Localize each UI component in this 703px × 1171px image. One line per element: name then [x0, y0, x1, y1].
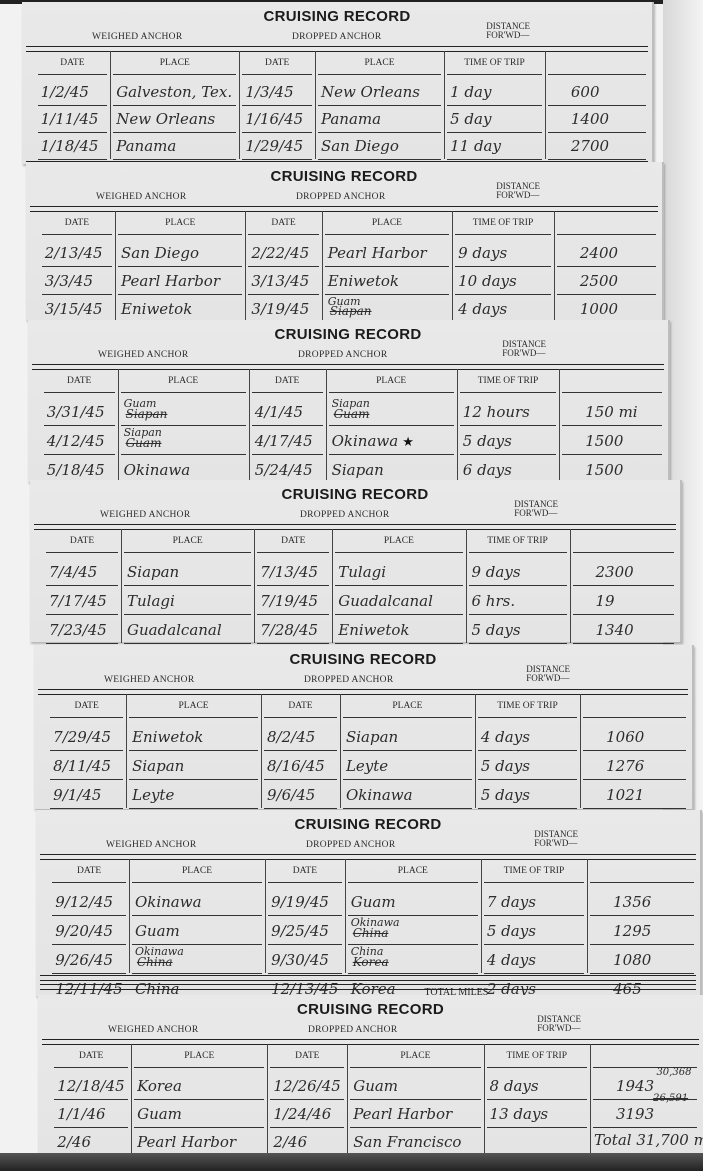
row-line — [583, 808, 686, 809]
row-line — [264, 808, 337, 809]
header-underline — [134, 1067, 264, 1068]
cell-distance: 1295 — [613, 922, 651, 940]
cell-w-date: 3/31/45 — [47, 403, 105, 421]
row-line — [343, 779, 472, 780]
cell-w-date: 12/18/45 — [57, 1077, 124, 1095]
cell-d-date: 1/16/45 — [245, 110, 303, 128]
cruising-record-card: CRUISING RECORDWEIGHED ANCHORDROPPED ANC… — [22, 2, 654, 164]
row-line — [590, 973, 694, 974]
cell-d-place: Panama — [321, 110, 381, 128]
cell-distance: 2400 — [580, 244, 618, 262]
cruising-record-card: CRUISING RECORDWEIGHED ANCHORDROPPED ANC… — [36, 810, 702, 996]
col-header-date: DATE — [41, 376, 118, 386]
row-line — [484, 973, 584, 974]
col-header-date: DATE — [245, 218, 321, 228]
column-divider — [580, 694, 581, 808]
header-double-rule — [30, 206, 658, 212]
cruising-record-card: CRUISING RECORDWEIGHED ANCHORDROPPED ANC… — [26, 162, 664, 320]
dropped-anchor-header: DROPPED ANCHOR — [300, 510, 389, 520]
cell-d-place: San Francisco — [353, 1133, 461, 1151]
row-line — [469, 614, 567, 615]
cell-w-place: Guam — [137, 1105, 182, 1123]
cell-distance: 150 mi — [585, 403, 637, 421]
cell-time: 12 hours — [463, 403, 530, 421]
row-line — [573, 585, 674, 586]
cell-distance: 1276 — [606, 757, 644, 775]
header-underline — [124, 552, 251, 553]
cell-distance: 1943 — [616, 1077, 654, 1095]
row-line — [478, 779, 577, 780]
header-underline — [573, 552, 674, 553]
cell-d-date: 5/24/45 — [255, 461, 313, 479]
row-line — [52, 944, 126, 945]
column-divider — [457, 369, 458, 483]
cell-distance: 2300 — [596, 563, 634, 581]
col-header-date: DATE — [51, 1051, 131, 1061]
column-divider — [126, 694, 127, 808]
row-line — [478, 750, 577, 751]
cell-d-place: Siapan — [346, 728, 398, 746]
cell-w-date: 9/20/45 — [55, 922, 113, 940]
cell-w-place: Okinawa — [135, 893, 202, 911]
distance-forward-header: DISTANCEFOR'WD— — [496, 182, 540, 200]
row-line — [121, 454, 246, 455]
cell-w-place: Okinawa — [124, 461, 191, 479]
column-divider — [481, 859, 482, 973]
cell-d-place: Guam — [351, 893, 396, 911]
row-line — [44, 454, 115, 455]
cell-d-date: 7/13/45 — [260, 563, 318, 581]
row-line — [447, 105, 542, 106]
row-line — [124, 643, 251, 644]
cell-w-place: Siapan — [132, 757, 184, 775]
row-line — [329, 454, 454, 455]
cell-w-date: 9/26/45 — [55, 951, 113, 969]
weighed-anchor-header: WEIGHED ANCHOR — [108, 1025, 198, 1035]
dropped-anchor-header: DROPPED ANCHOR — [304, 675, 393, 685]
row-line — [50, 750, 123, 751]
cell-d-date: 2/22/45 — [251, 244, 309, 262]
cell-w-date: 7/17/45 — [49, 592, 107, 610]
column-divider — [115, 211, 116, 322]
col-header-time-of-trip: TIME OF TRIP — [444, 58, 545, 68]
struck-d-place: Korea — [353, 955, 389, 969]
cell-time: 9 days — [472, 563, 521, 581]
row-line — [455, 266, 551, 267]
cell-d-date: 3/13/45 — [251, 272, 309, 290]
column-divider — [332, 529, 333, 643]
row-line — [52, 915, 126, 916]
dropped-anchor-header: DROPPED ANCHOR — [298, 350, 387, 360]
row-line — [590, 944, 694, 945]
header-underline — [264, 717, 337, 718]
row-line — [557, 266, 656, 267]
col-header-place: PLACE — [131, 1051, 267, 1061]
row-line — [573, 643, 674, 644]
header-underline — [478, 717, 577, 718]
row-line — [38, 159, 108, 160]
row-line — [257, 614, 329, 615]
header-underline — [42, 234, 112, 235]
weighed-anchor-header: WEIGHED ANCHOR — [104, 675, 194, 685]
col-header-date: DATE — [43, 536, 121, 546]
row-line — [455, 294, 551, 295]
row-line — [548, 132, 646, 133]
row-line — [50, 808, 123, 809]
row-line — [248, 266, 318, 267]
row-line — [487, 1127, 587, 1128]
row-line — [129, 808, 258, 809]
cell-d-place: Eniwetok — [328, 272, 399, 290]
col-header-place: PLACE — [340, 701, 475, 711]
cell-w-date: 2/13/45 — [45, 244, 103, 262]
header-underline — [50, 717, 123, 718]
cell-d-date: 7/19/45 — [260, 592, 318, 610]
header-double-rule — [38, 689, 688, 695]
cell-d-place: Okinawa — [346, 786, 413, 804]
cell-w-date: 3/15/45 — [45, 300, 103, 318]
header-double-rule — [26, 46, 648, 52]
column-divider — [129, 859, 130, 973]
header-double-rule — [40, 854, 696, 860]
row-line — [478, 808, 577, 809]
cell-w-place: Eniwetok — [121, 300, 192, 318]
column-divider — [131, 1044, 132, 1155]
cell-distance: 1356 — [613, 893, 651, 911]
cell-d-place: Siapan — [332, 461, 384, 479]
row-line — [242, 159, 312, 160]
row-line — [318, 105, 441, 106]
row-line — [257, 585, 329, 586]
cruising-record-card: CRUISING RECORDWEIGHED ANCHORDROPPED ANC… — [30, 480, 682, 642]
cell-distance: 19 — [596, 592, 615, 610]
cell-distance: 1400 — [571, 110, 609, 128]
col-header-date: DATE — [35, 58, 111, 68]
column-divider — [315, 51, 316, 159]
cell-d-place: New Orleans — [321, 83, 420, 101]
cell-time: 5 days — [472, 621, 521, 639]
struck-d-place: Siapan — [330, 304, 372, 318]
row-line — [129, 750, 258, 751]
cell-distance: 1021 — [606, 786, 644, 804]
cell-d-place: Leyte — [346, 757, 388, 775]
cell-w-date: 4/12/45 — [47, 432, 105, 450]
cell-d-date: 9/6/45 — [267, 786, 315, 804]
row-line — [270, 1127, 344, 1128]
row-line — [129, 779, 258, 780]
card-title: CRUISING RECORD — [22, 8, 652, 25]
cell-time: 9 days — [458, 244, 507, 262]
cell-distance: 1080 — [613, 951, 651, 969]
distance-forward-header: DISTANCEFOR'WD— — [514, 500, 558, 518]
header-underline — [335, 552, 462, 553]
col-header-date: DATE — [39, 218, 115, 228]
header-underline — [132, 882, 262, 883]
column-divider — [239, 51, 240, 159]
cell-d-place: Okinawa ★ — [332, 432, 414, 450]
cell-d-place: Guadalcanal — [338, 592, 433, 610]
row-line — [343, 750, 472, 751]
column-divider — [340, 694, 341, 808]
cell-w-date: 9/1/45 — [53, 786, 101, 804]
col-header-time-of-trip: TIME OF TRIP — [484, 1051, 590, 1061]
cell-d-date: 1/29/45 — [245, 137, 303, 155]
row-line — [248, 294, 318, 295]
cell-w-date: 1/1/46 — [57, 1105, 105, 1123]
card-title: CRUISING RECORD — [34, 651, 692, 668]
cell-w-date: 9/12/45 — [55, 893, 113, 911]
column-divider — [475, 694, 476, 808]
row-line — [487, 1099, 587, 1100]
column-divider — [559, 369, 560, 483]
cell-w-date: 7/23/45 — [49, 621, 107, 639]
distance-forward-header: DISTANCEFOR'WD— — [502, 340, 546, 358]
header-underline — [455, 234, 551, 235]
cell-w-place: San Diego — [121, 244, 199, 262]
header-underline — [270, 1067, 344, 1068]
cell-d-date: 2/46 — [273, 1133, 307, 1151]
header-underline — [484, 882, 584, 883]
distance-line2: FOR'WD— — [496, 191, 540, 200]
header-underline — [248, 234, 318, 235]
row-line — [118, 294, 242, 295]
weighed-anchor-header: WEIGHED ANCHOR — [106, 840, 196, 850]
col-header-place: PLACE — [118, 376, 249, 386]
column-divider — [452, 211, 453, 322]
distance-line2: FOR'WD— — [514, 509, 558, 518]
col-header-time-of-trip: TIME OF TRIP — [452, 218, 554, 228]
cell-distance: 1500 — [585, 432, 623, 450]
card-title: CRUISING RECORD — [38, 1001, 703, 1018]
cell-distance: 2500 — [580, 272, 618, 290]
header-underline — [343, 717, 472, 718]
header-underline — [318, 74, 441, 75]
col-header-date: DATE — [47, 701, 126, 711]
struck-w-place: China — [137, 955, 173, 969]
distance-line2: FOR'WD— — [537, 1024, 581, 1033]
cell-w-place: Eniwetok — [132, 728, 203, 746]
col-header-date: DATE — [265, 866, 345, 876]
column-divider — [444, 51, 445, 159]
cell-w-place: Korea — [137, 1077, 182, 1095]
column-divider — [466, 529, 467, 643]
cell-distance: 600 — [571, 83, 600, 101]
row-line — [113, 105, 236, 106]
row-line — [52, 973, 126, 974]
row-line — [50, 779, 123, 780]
row-line — [124, 585, 251, 586]
row-line — [562, 425, 662, 426]
col-header-place: PLACE — [121, 536, 254, 546]
cell-d-date: 3/19/45 — [251, 300, 309, 318]
row-line — [348, 973, 478, 974]
cell-w-place: Siapan — [127, 563, 179, 581]
cell-time: 5 days — [481, 786, 530, 804]
star-mark-icon: ★ — [398, 435, 414, 450]
col-header-place: PLACE — [315, 58, 444, 68]
row-line — [557, 294, 656, 295]
cell-d-date: 8/2/45 — [267, 728, 315, 746]
cell-w-place: Guam — [135, 922, 180, 940]
distance-forward-header: DISTANCEFOR'WD— — [534, 830, 578, 848]
header-underline — [257, 552, 329, 553]
header-underline — [46, 552, 118, 553]
cell-time: 5 day — [450, 110, 491, 128]
cell-d-place: Guam — [353, 1077, 398, 1095]
cell-distance: 1500 — [585, 461, 623, 479]
cell-d-place: Pearl Harbor — [328, 244, 427, 262]
col-header-time-of-trip: TIME OF TRIP — [466, 536, 570, 546]
distance-line2: FOR'WD— — [526, 674, 570, 683]
row-line — [252, 454, 323, 455]
cell-w-date: 2/46 — [57, 1133, 91, 1151]
header-underline — [118, 234, 242, 235]
header-underline — [54, 1067, 128, 1068]
cell-distance: 2700 — [571, 137, 609, 155]
row-line — [573, 614, 674, 615]
row-line — [264, 750, 337, 751]
cell-d-date: 4/1/45 — [255, 403, 303, 421]
cell-d-date: 8/16/45 — [267, 757, 325, 775]
row-line — [548, 105, 646, 106]
header-underline — [252, 392, 323, 393]
row-line — [318, 132, 441, 133]
cell-w-date: 1/2/45 — [41, 83, 89, 101]
header-underline — [268, 882, 342, 883]
distance-forward-header: DISTANCEFOR'WD— — [537, 1015, 581, 1033]
weighed-anchor-header: WEIGHED ANCHOR — [98, 350, 188, 360]
row-line — [252, 425, 323, 426]
column-divider — [322, 211, 323, 322]
cell-w-place: Pearl Harbor — [121, 272, 220, 290]
row-line — [329, 425, 454, 426]
col-header-time-of-trip: TIME OF TRIP — [457, 376, 559, 386]
cell-d-date: 4/17/45 — [255, 432, 313, 450]
header-underline — [52, 882, 126, 883]
row-line — [469, 585, 567, 586]
cell-d-place: Tulagi — [338, 563, 386, 581]
row-line — [548, 159, 646, 160]
header-underline — [348, 882, 478, 883]
column-divider — [587, 859, 588, 973]
cell-d-date: 9/30/45 — [271, 951, 329, 969]
weighed-anchor-header: WEIGHED ANCHOR — [92, 32, 182, 42]
cell-w-date: 1/18/45 — [41, 137, 99, 155]
row-line — [42, 266, 112, 267]
row-line — [113, 159, 236, 160]
cell-w-date: 8/11/45 — [53, 757, 111, 775]
header-underline — [469, 552, 567, 553]
header-underline — [38, 74, 108, 75]
cell-time: 4 days — [458, 300, 507, 318]
cell-d-date: 12/26/45 — [273, 1077, 340, 1095]
row-line — [335, 585, 462, 586]
header-double-rule — [32, 364, 664, 370]
cell-distance: 3193 — [616, 1105, 654, 1123]
header-underline — [557, 234, 656, 235]
header-underline — [350, 1067, 480, 1068]
row-line — [46, 585, 118, 586]
footer-double-rule — [40, 975, 696, 981]
footer-double-rule — [40, 984, 696, 990]
margin-note-struck: 26,591 — [653, 1093, 688, 1104]
column-divider — [345, 859, 346, 973]
cell-d-place: Pearl Harbor — [353, 1105, 452, 1123]
col-header-place: PLACE — [322, 218, 452, 228]
row-line — [124, 614, 251, 615]
row-line — [335, 643, 462, 644]
column-divider — [267, 1044, 268, 1155]
cell-w-date: 1/11/45 — [41, 110, 99, 128]
cell-d-date: 1/3/45 — [245, 83, 293, 101]
cell-w-place: Tulagi — [127, 592, 175, 610]
col-header-date: DATE — [49, 866, 129, 876]
column-divider — [249, 369, 250, 483]
row-line — [270, 1099, 344, 1100]
cell-w-date: 7/29/45 — [53, 728, 111, 746]
row-line — [132, 915, 262, 916]
header-underline — [242, 74, 312, 75]
col-header-date: DATE — [261, 701, 340, 711]
header-underline — [121, 392, 246, 393]
row-line — [460, 454, 556, 455]
cell-time: 5 days — [487, 922, 536, 940]
column-divider — [121, 529, 122, 643]
col-header-date: DATE — [254, 536, 332, 546]
column-divider — [254, 529, 255, 643]
column-divider — [554, 211, 555, 322]
cell-time: 13 days — [490, 1105, 549, 1123]
cell-d-date: 7/28/45 — [260, 621, 318, 639]
column-divider — [110, 51, 111, 159]
header-underline — [44, 392, 115, 393]
row-line — [38, 132, 108, 133]
row-line — [484, 944, 584, 945]
row-line — [590, 915, 694, 916]
row-line — [132, 973, 262, 974]
cell-d-date: 9/19/45 — [271, 893, 329, 911]
cell-time: 4 days — [481, 728, 530, 746]
header-underline — [583, 717, 686, 718]
col-header-place: PLACE — [126, 701, 261, 711]
cell-time: 5 days — [463, 432, 512, 450]
cell-w-place: Galveston, Tex. — [116, 83, 232, 101]
cell-w-date: 5/18/45 — [47, 461, 105, 479]
weighed-anchor-header: WEIGHED ANCHOR — [96, 192, 186, 202]
distance-forward-header: DISTANCEFOR'WD— — [486, 22, 530, 40]
distance-line2: FOR'WD— — [534, 839, 578, 848]
grand-total: Total 31,700 mi — [594, 1131, 703, 1149]
cell-time: 4 days — [487, 951, 536, 969]
row-line — [318, 159, 441, 160]
column-divider — [261, 694, 262, 808]
col-header-date: DATE — [239, 58, 315, 68]
cell-distance: 1060 — [606, 728, 644, 746]
cell-distance: 1340 — [596, 621, 634, 639]
row-line — [447, 132, 542, 133]
cell-d-place: San Diego — [321, 137, 399, 155]
distance-forward-header: DISTANCEFOR'WD— — [526, 665, 570, 683]
dropped-anchor-header: DROPPED ANCHOR — [306, 840, 395, 850]
cell-w-place: Pearl Harbor — [137, 1133, 236, 1151]
cell-time: 10 days — [458, 272, 517, 290]
header-underline — [460, 392, 556, 393]
col-header-place: PLACE — [345, 866, 481, 876]
cell-d-date: 9/25/45 — [271, 922, 329, 940]
col-header-date: DATE — [267, 1051, 347, 1061]
row-line — [118, 266, 242, 267]
cell-w-date: 3/3/45 — [45, 272, 93, 290]
